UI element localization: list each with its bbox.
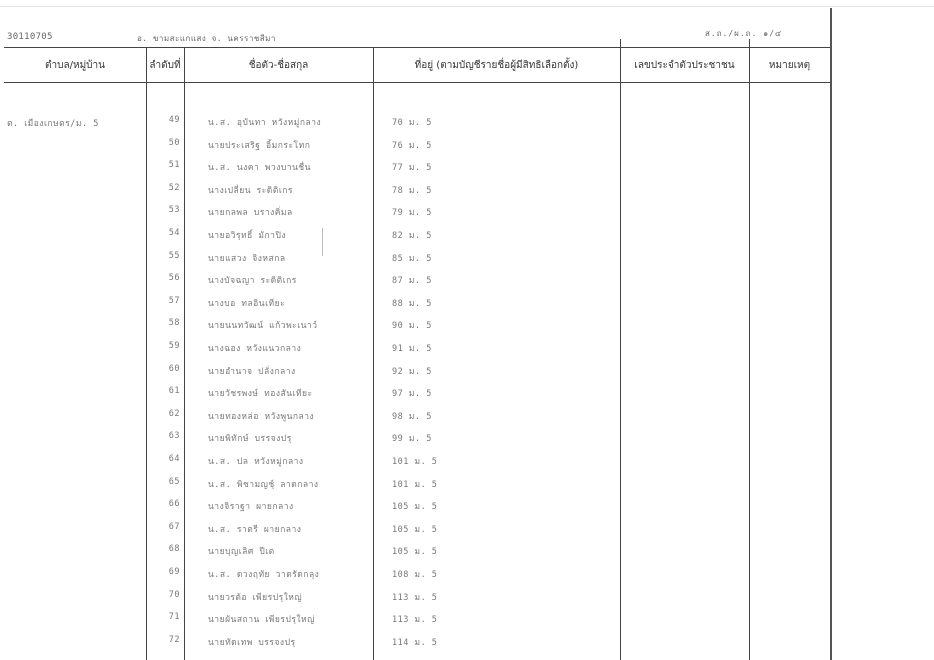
row-seq: 64 [150,454,180,464]
row-address: 92 ม. 5 [392,364,432,378]
row-name: นางบอ ทลอินเทียะ [208,296,285,310]
row-seq: 68 [150,544,180,554]
row-address: 76 ม. 5 [392,138,432,152]
row-name: น.ส. ราตรี ผายกลาง [208,522,301,536]
header-citizen-id: เลขประจำตัวประชาชน [620,48,749,82]
row-name: นายวัชรพงษ์ ทองสันเทียะ [208,386,313,400]
row-address: 82 ม. 5 [392,228,432,242]
row-name: น.ส. อุบันทา หวังหมู่กลาง [208,115,321,129]
row-address: 113 ม. 5 [392,612,437,626]
row-address: 97 ม. 5 [392,386,432,400]
row-seq: 50 [150,138,180,148]
row-seq: 54 [150,228,180,238]
row-name: นายนนทวัฒน์ แก้วพะเนาว์ [208,318,318,332]
row-address: 101 ม. 5 [392,454,437,468]
scan-top-edge [0,6,934,7]
row-address: 85 ม. 5 [392,251,432,265]
row-address: 77 ม. 5 [392,160,432,174]
row-seq: 65 [150,477,180,487]
row-address: 105 ม. 5 [392,499,437,513]
row-address: 113 ม. 5 [392,590,437,604]
row-name: นายกลพล บรางคิ่มล [208,205,293,219]
row-address: 88 ม. 5 [392,296,432,310]
row-seq: 63 [150,431,180,441]
row-address: 105 ม. 5 [392,522,437,536]
row-seq: 53 [150,205,180,215]
row-name: นางฉอง หวังแนวกลาง [208,341,301,355]
row-seq: 51 [150,160,180,170]
row-seq: 67 [150,522,180,532]
row-seq: 62 [150,409,180,419]
row-seq: 55 [150,251,180,261]
scan-mark [322,228,323,256]
row-name: นายประเสริฐ อิ้มกระโทก [208,138,310,152]
row-address: 70 ม. 5 [392,115,432,129]
row-name: นางเปลี่ยน ระดิติเกร [208,183,293,197]
row-name: นายแสวง จิงหสกล [208,251,286,265]
row-address: 114 ม. 5 [392,635,437,649]
header-name: ชื่อตัว-ชื่อสกุล [184,48,373,82]
form-id: ส.ถ./ผ.ถ. ๑/๔ [705,27,782,40]
row-name: น.ส. ปล หวังหมู่กลาง [208,454,304,468]
row-address: 90 ม. 5 [392,318,432,332]
row-address: 99 ม. 5 [392,431,432,445]
column-divider [620,39,621,660]
row-seq: 70 [150,590,180,600]
row-address: 91 ม. 5 [392,341,432,355]
row-name: น.ส. พิชามญชุ์ ลาดกลาง [208,477,319,491]
row-seq: 59 [150,341,180,351]
row-name: นายอวิรุทธิ์ มักาปิง [208,228,286,242]
row-name: นายผันสถาน เพียรปรุใหญ่ [208,612,315,626]
row-name: นายบุญเลิศ ปีเต [208,544,275,558]
row-seq: 58 [150,318,180,328]
row-name: น.ส. นงคา พวงบานชื่น [208,160,311,174]
header-tambon-village: ตำบล/หมู่บ้าน [4,48,146,82]
document-location: อ. ขามสะแกแสง จ. นครราชสีมา [137,32,276,45]
header-seq: ลำดับที่ [146,48,184,82]
header-bottom-border [4,82,830,83]
header-remark: หมายเหตุ [749,48,830,82]
row-address: 101 ม. 5 [392,477,437,491]
row-address: 79 ม. 5 [392,205,432,219]
table-right-border [830,8,832,660]
row-name: นายวรต้อ เพียรปรุใหญ่ [208,590,302,604]
row-seq: 60 [150,364,180,374]
row-name: นายพิทักษ์ บรรจงปรุ [208,431,292,445]
tambon-village-label: ต. เมืองเกษตร/ม. 5 [7,116,99,130]
row-seq: 49 [150,115,180,125]
column-divider [184,47,185,660]
row-seq: 56 [150,273,180,283]
row-name: นายอำนาจ ปลั่งกลาง [208,364,296,378]
row-name: นายทองหล่อ หวังพูนกลาง [208,409,314,423]
row-name: นายทัดเทพ บรรจงปรุ [208,635,296,649]
row-seq: 72 [150,635,180,645]
row-seq: 66 [150,499,180,509]
row-seq: 69 [150,567,180,577]
row-address: 98 ม. 5 [392,409,432,423]
document-code: 30110705 [7,32,53,42]
row-address: 105 ม. 5 [392,544,437,558]
column-divider [749,39,750,660]
row-seq: 52 [150,183,180,193]
row-seq: 71 [150,612,180,622]
row-address: 87 ม. 5 [392,273,432,287]
column-divider [146,47,147,660]
row-name: น.ส. ดวงฤทัย วาดรัดกลุง [208,567,319,581]
column-divider [373,47,374,660]
row-seq: 61 [150,386,180,396]
header-address: ที่อยู่ (ตามบัญชีรายชื่อผู้มีสิทธิเลือกต… [373,48,620,82]
row-seq: 57 [150,296,180,306]
row-name: นางจิราฐา ผายกลาง [208,499,294,513]
row-address: 78 ม. 5 [392,183,432,197]
row-address: 108 ม. 5 [392,567,437,581]
row-name: นางบัจฉญา ระดิติเกร [208,273,297,287]
